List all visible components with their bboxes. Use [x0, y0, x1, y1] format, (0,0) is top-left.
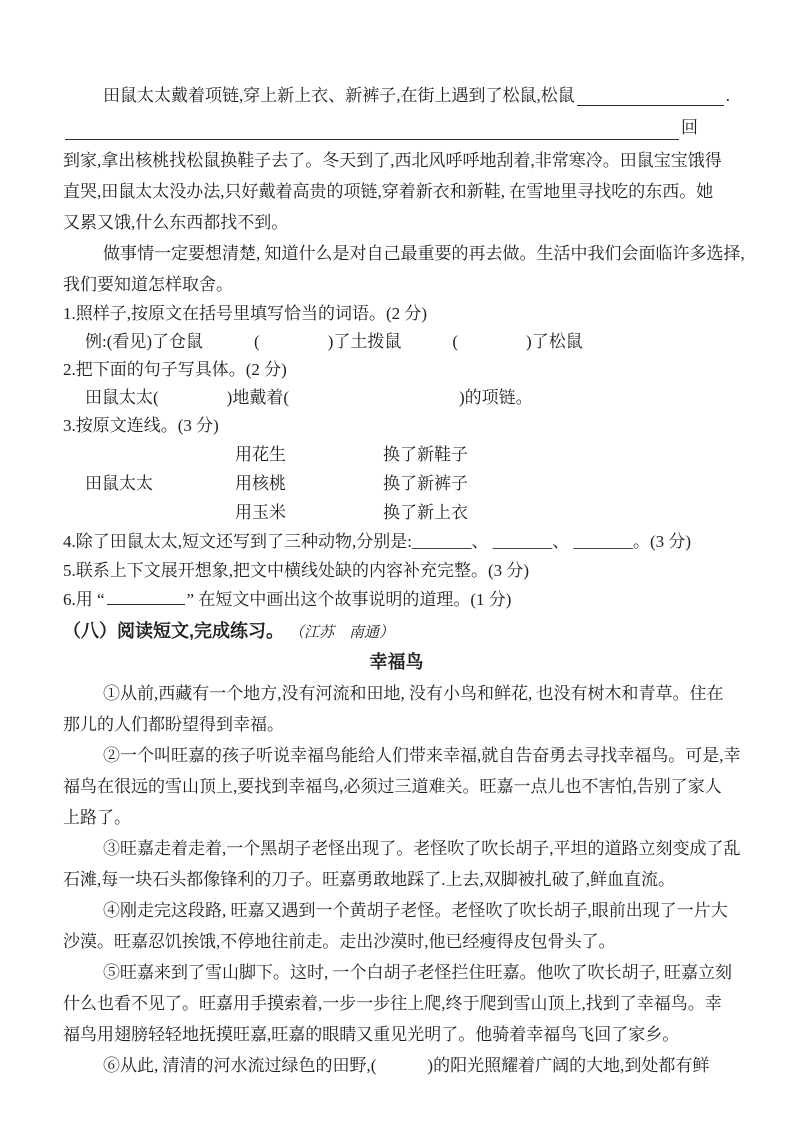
match-middle-1: 用花生 [235, 440, 383, 469]
story-line: 那儿的人们都盼望得到幸福。 [63, 709, 730, 740]
match-right-1: 换了新鞋子 [383, 440, 730, 469]
fill-in-blank-line [65, 112, 679, 140]
match-left-label: 田鼠太太 [63, 469, 235, 498]
match-left-spacer [63, 498, 235, 527]
story-line: 上路了。 [63, 802, 730, 833]
section-8-heading: （八）阅读短文,完成练习。 （江苏 南通） [63, 615, 730, 647]
page-content: 田鼠太太戴着项链,穿上新上衣、新裤子,在街上遇到了松鼠,松鼠 . 回 到家,拿出… [63, 80, 730, 1081]
fill-in-blank-line [577, 81, 724, 106]
question-6-pre: 6.用 “ [63, 590, 105, 609]
passage-moral-line-2: 我们要知道怎样取舍。 [63, 269, 730, 300]
story-line: ②一个叫旺嘉的孩子听说幸福鸟能给人们带来幸福,就自告奋勇去寻找幸福鸟。可是,幸 [63, 740, 730, 771]
passage-intro-line-1: 田鼠太太戴着项链,穿上新上衣、新裤子,在街上遇到了松鼠,松鼠 . [63, 80, 730, 111]
fill-in-blank-line [107, 587, 185, 605]
passage-moral-line-1: 做事情一定要想清楚, 知道什么是对自己最重要的再去做。生活中我们会面临许多选择, [63, 238, 730, 269]
match-right-3: 换了新上衣 [383, 498, 730, 527]
match-middle-3: 用玉米 [235, 498, 383, 527]
story-line: 沙漠。旺嘉忍饥挨饿,不停地往前走。走出沙漠时,他已经瘦得皮包骨头了。 [63, 926, 730, 957]
question-1: 1.照样子,按原文在括号里填写恰当的词语。(2 分) [63, 300, 730, 328]
passage-intro-line-5: 又累又饿,什么东西都找不到。 [63, 207, 730, 238]
question-2: 2.把下面的句子写具体。(2 分) [63, 356, 730, 384]
story-line: 石滩,每一块石头都像锋利的刀子。旺嘉勇敢地踩了.上去,双脚被扎破了,鲜血直流。 [63, 864, 730, 895]
story-line: ③旺嘉走着走着,一个黑胡子老怪出现了。老怪吹了吹长胡子,平坦的道路立刻变成了乱 [63, 833, 730, 864]
section-8-title: （八）阅读短文,完成练习。 [63, 621, 284, 641]
story-title: 幸福鸟 [63, 647, 730, 678]
question-6-post: ” 在短文中画出这个故事说明的道理。(1 分) [187, 590, 512, 609]
question-1-example: 例:(看见)了仓鼠 ( )了土拨鼠 ( )了松鼠 [63, 328, 730, 356]
section-8-source: （江苏 南通） [289, 625, 394, 641]
match-row-2: 田鼠太太 用核桃 换了新裤子 [63, 469, 730, 498]
passage-intro-line2-end: 回 [681, 111, 698, 145]
passage-intro-line1-end: . [726, 80, 730, 111]
story-line: ④刚走完这段路, 旺嘉又遇到一个黄胡子老怪。老怪吹了吹长胡子,眼前出现了一片大 [63, 895, 730, 926]
passage-intro-line-3: 到家,拿出核桃找松鼠换鞋子去了。冬天到了,西北风呼呼地刮着,非常寒冷。田鼠宝宝饿… [63, 145, 730, 176]
story-line: ①从前,西藏有一个地方,没有河流和田地, 没有小鸟和鲜花, 也没有树木和青草。住… [63, 678, 730, 709]
story-line: ⑤旺嘉来到了雪山脚下。这时, 一个白胡子老怪拦住旺嘉。他吹了吹长胡子, 旺嘉立刻 [63, 957, 730, 988]
story-line: ⑥从此, 清清的河水流过绿色的田野,( )的阳光照耀着广阔的大地,到处都有鲜 [63, 1050, 730, 1081]
question-5: 5.联系上下文展开想象,把文中横线处缺的内容补充完整。(3 分) [63, 556, 730, 585]
passage-intro-line-4: 直哭,田鼠太太没办法,只好戴着高贵的项链,穿着新衣和新鞋, 在雪地里寻找吃的东西… [63, 176, 730, 207]
passage-intro-line-2: 回 [63, 111, 730, 145]
match-row-3: 用玉米 换了新上衣 [63, 498, 730, 527]
story-line: 福鸟用翅膀轻轻地抚摸旺嘉,旺嘉的眼睛又重见光明了。他骑着幸福鸟飞回了家乡。 [63, 1019, 730, 1050]
question-2-fill: 田鼠太太( )地戴着( )的项链。 [63, 384, 730, 412]
match-left-spacer [63, 440, 235, 469]
story-line: 什么也看不见了。旺嘉用手摸索着,一步一步往上爬,终于爬到雪山顶上,找到了幸福鸟。… [63, 988, 730, 1019]
question-4: 4.除了田鼠太太,短文还写到了三种动物,分别是:_______、 _______… [63, 527, 730, 556]
match-row-1: 用花生 换了新鞋子 [63, 440, 730, 469]
question-3: 3.按原文连线。(3 分) [63, 412, 730, 440]
passage-intro-text-1: 田鼠太太戴着项链,穿上新上衣、新裤子,在街上遇到了松鼠,松鼠 [103, 80, 575, 111]
question-6: 6.用 “” 在短文中画出这个故事说明的道理。(1 分) [63, 585, 730, 615]
match-right-2: 换了新裤子 [383, 469, 730, 498]
story-line: 福鸟在很远的雪山顶上,要找到幸福鸟,必须过三道难关。旺嘉一点儿也不害怕,告别了家… [63, 771, 730, 802]
match-middle-2: 用核桃 [235, 469, 383, 498]
worksheet-page: 田鼠太太戴着项链,穿上新上衣、新裤子,在街上遇到了松鼠,松鼠 . 回 到家,拿出… [0, 0, 794, 1123]
